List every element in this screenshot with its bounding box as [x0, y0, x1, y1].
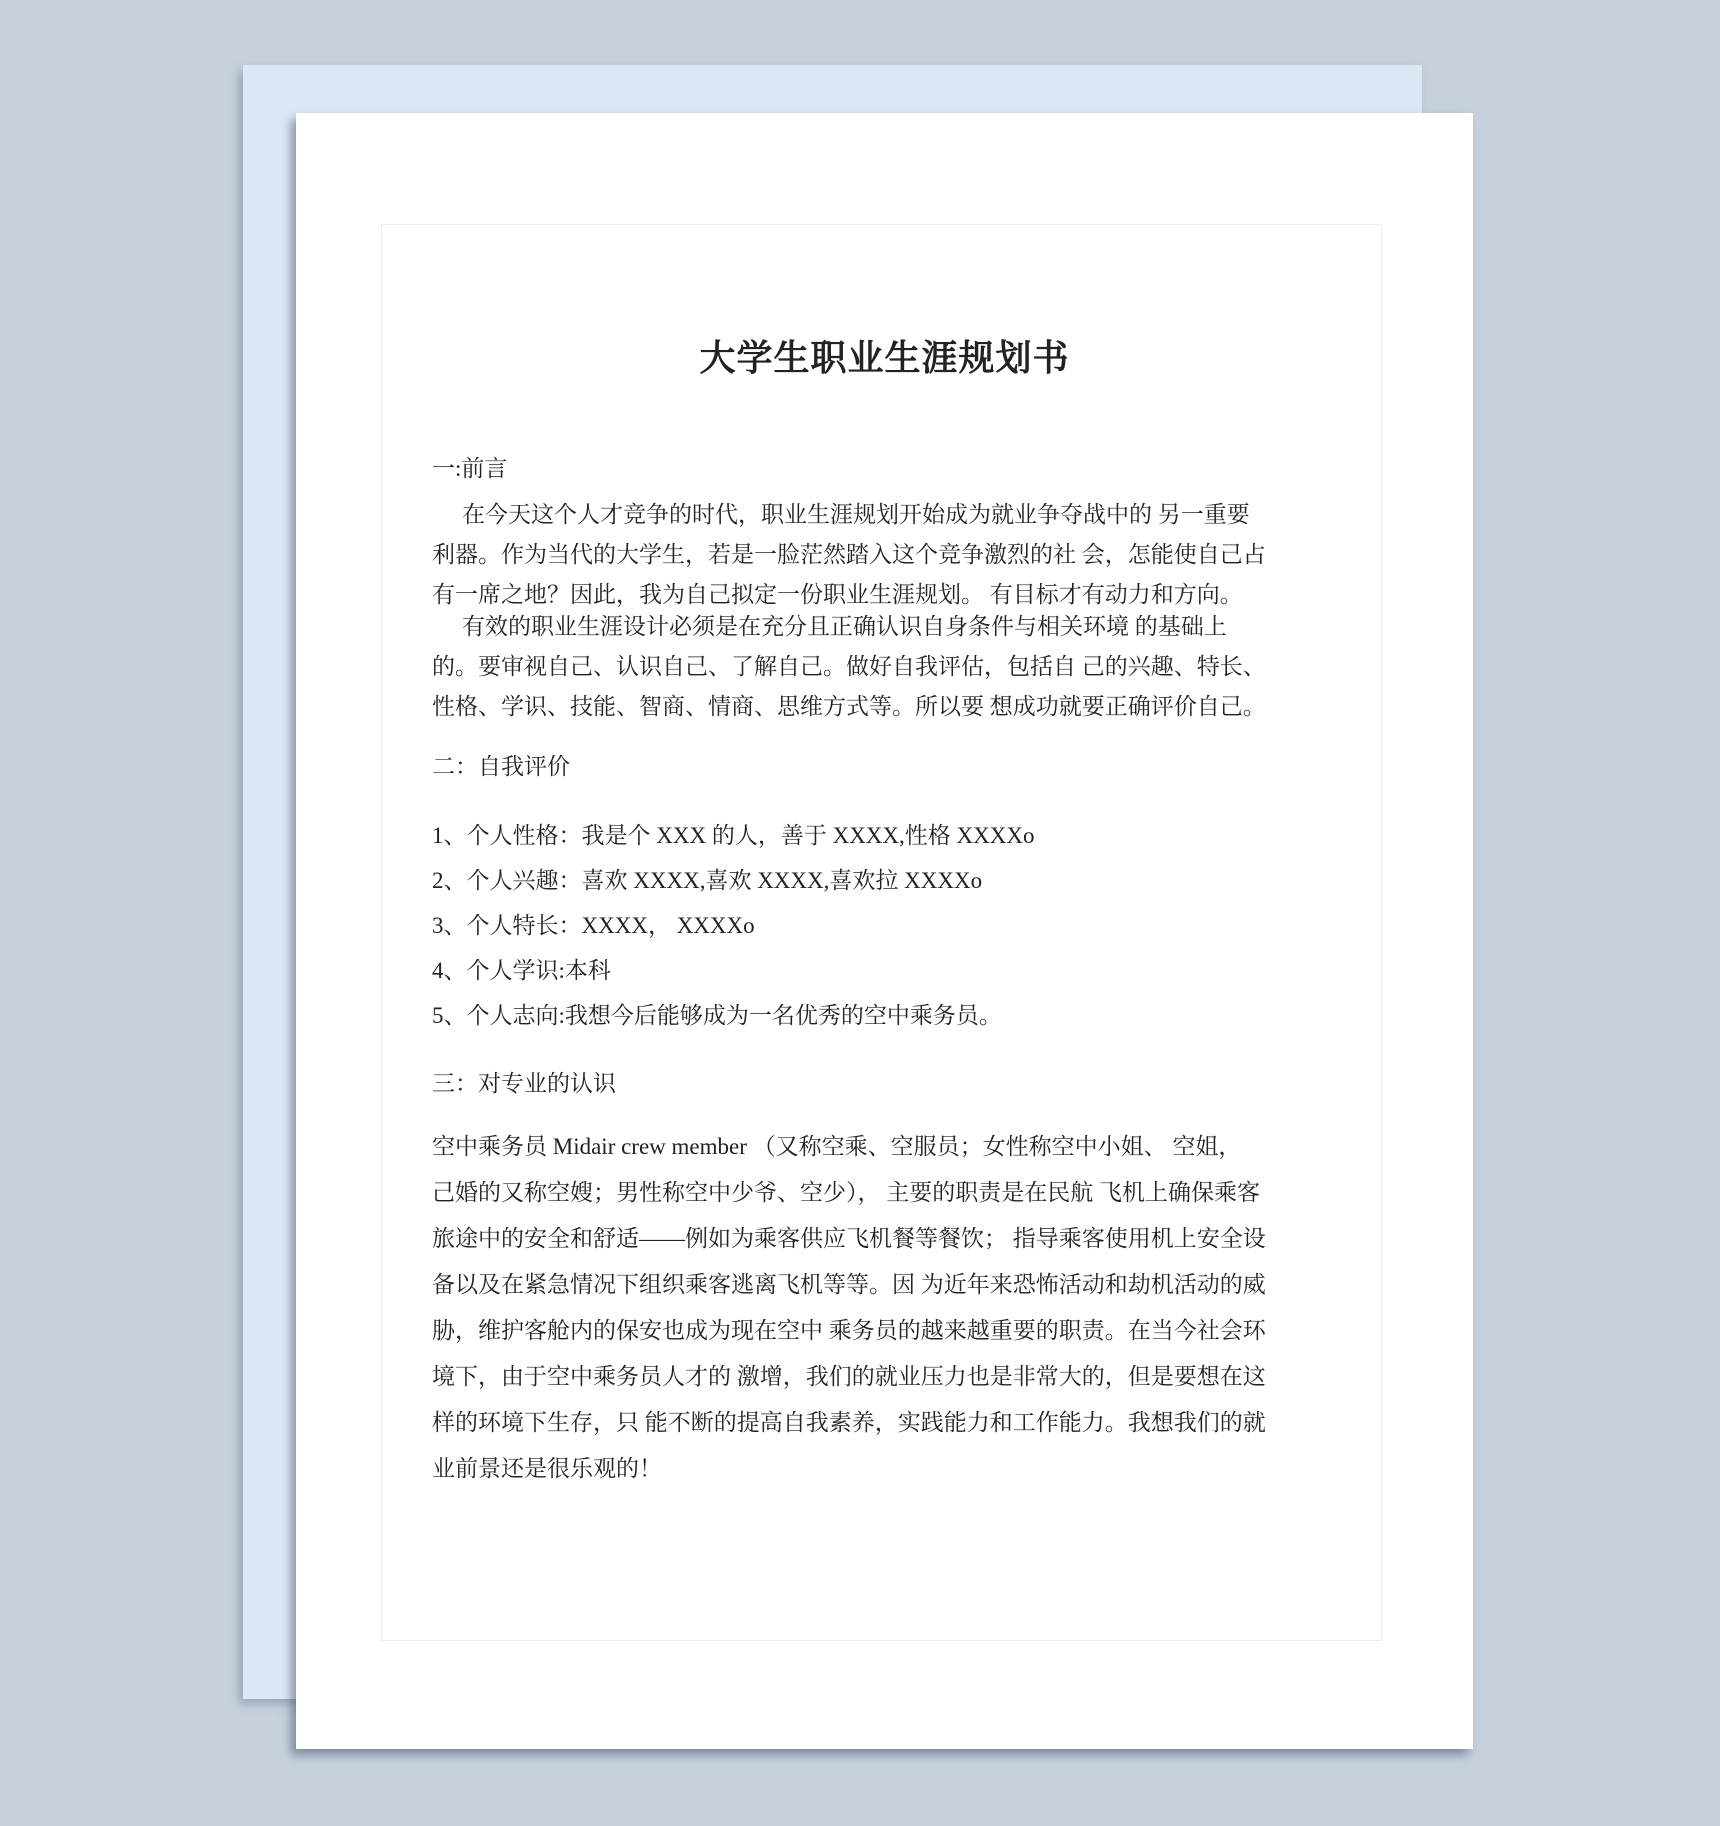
- section-heading-major-understanding: 三：对专业的认识: [432, 1070, 1385, 1098]
- list-item: 1、个人性格：我是个 XXX 的人，善于 XXXX,性格 XXXXo: [432, 813, 1385, 858]
- text-line: 备以及在紧急情况下组织乘客逃离飞机等等。因 为近年来恐怖活动和劫机活动的威: [432, 1262, 1385, 1308]
- text-line: 有效的职业生涯设计必须是在充分且正确认识自身条件与相关环境 的基础上: [432, 607, 1385, 647]
- paragraph: 在今天这个人才竞争的时代，职业生涯规划开始成为就业争夺战中的 另一重要 利器。作…: [432, 495, 1385, 615]
- paragraph: 空中乘务员 Midair crew member （又称空乘、空服员；女性称空中…: [432, 1124, 1385, 1492]
- numbered-list: 1、个人性格：我是个 XXX 的人，善于 XXXX,性格 XXXXo 2、个人兴…: [432, 813, 1385, 1038]
- paragraph: 有效的职业生涯设计必须是在充分且正确认识自身条件与相关环境 的基础上 的。要审视…: [432, 607, 1385, 727]
- document-title: 大学生职业生涯规划书: [296, 336, 1473, 380]
- text-line: 业前景还是很乐观的！: [432, 1446, 1385, 1492]
- text-line: 样的环境下生存，只 能不断的提高自我素养，实践能力和工作能力。我想我们的就: [432, 1400, 1385, 1446]
- text-line: 境下，由于空中乘务员人才的 激增，我们的就业压力也是非常大的，但是要想在这: [432, 1354, 1385, 1400]
- text-line: 空中乘务员 Midair crew member （又称空乘、空服员；女性称空中…: [432, 1124, 1385, 1170]
- text-line: 的。要审视自己、认识自己、了解自己。做好自我评估，包括自 己的兴趣、特长、: [432, 647, 1385, 687]
- document-page: 大学生职业生涯规划书 一:前言 在今天这个人才竞争的时代，职业生涯规划开始成为就…: [296, 113, 1473, 1749]
- list-item: 5、个人志向:我想今后能够成为一名优秀的空中乘务员。: [432, 993, 1385, 1038]
- section-heading-preface: 一:前言: [432, 455, 1385, 483]
- text-line: 己婚的又称空嫂；男性称空中少爷、空少）， 主要的职责是在民航 飞机上确保乘客: [432, 1170, 1385, 1216]
- text-line: 旅途中的安全和舒适——例如为乘客供应飞机餐等餐饮； 指导乘客使用机上安全设: [432, 1216, 1385, 1262]
- text-line: 性格、学识、技能、智商、情商、思维方式等。所以要 想成功就要正确评价自己。: [432, 687, 1385, 727]
- list-item: 3、个人特长：XXXX， XXXXo: [432, 903, 1385, 948]
- list-item: 4、个人学识:本科: [432, 948, 1385, 993]
- list-item: 2、个人兴趣：喜欢 XXXX,喜欢 XXXX,喜欢拉 XXXXo: [432, 858, 1385, 903]
- section-heading-self-evaluation: 二：自我评价: [432, 753, 1385, 781]
- text-line: 胁，维护客舱内的保安也成为现在空中 乘务员的越来越重要的职责。在当今社会环: [432, 1308, 1385, 1354]
- text-line: 在今天这个人才竞争的时代，职业生涯规划开始成为就业争夺战中的 另一重要: [432, 495, 1385, 535]
- text-line: 利器。作为当代的大学生，若是一脸茫然踏入这个竞争激烈的社 会，怎能使自己占: [432, 535, 1385, 575]
